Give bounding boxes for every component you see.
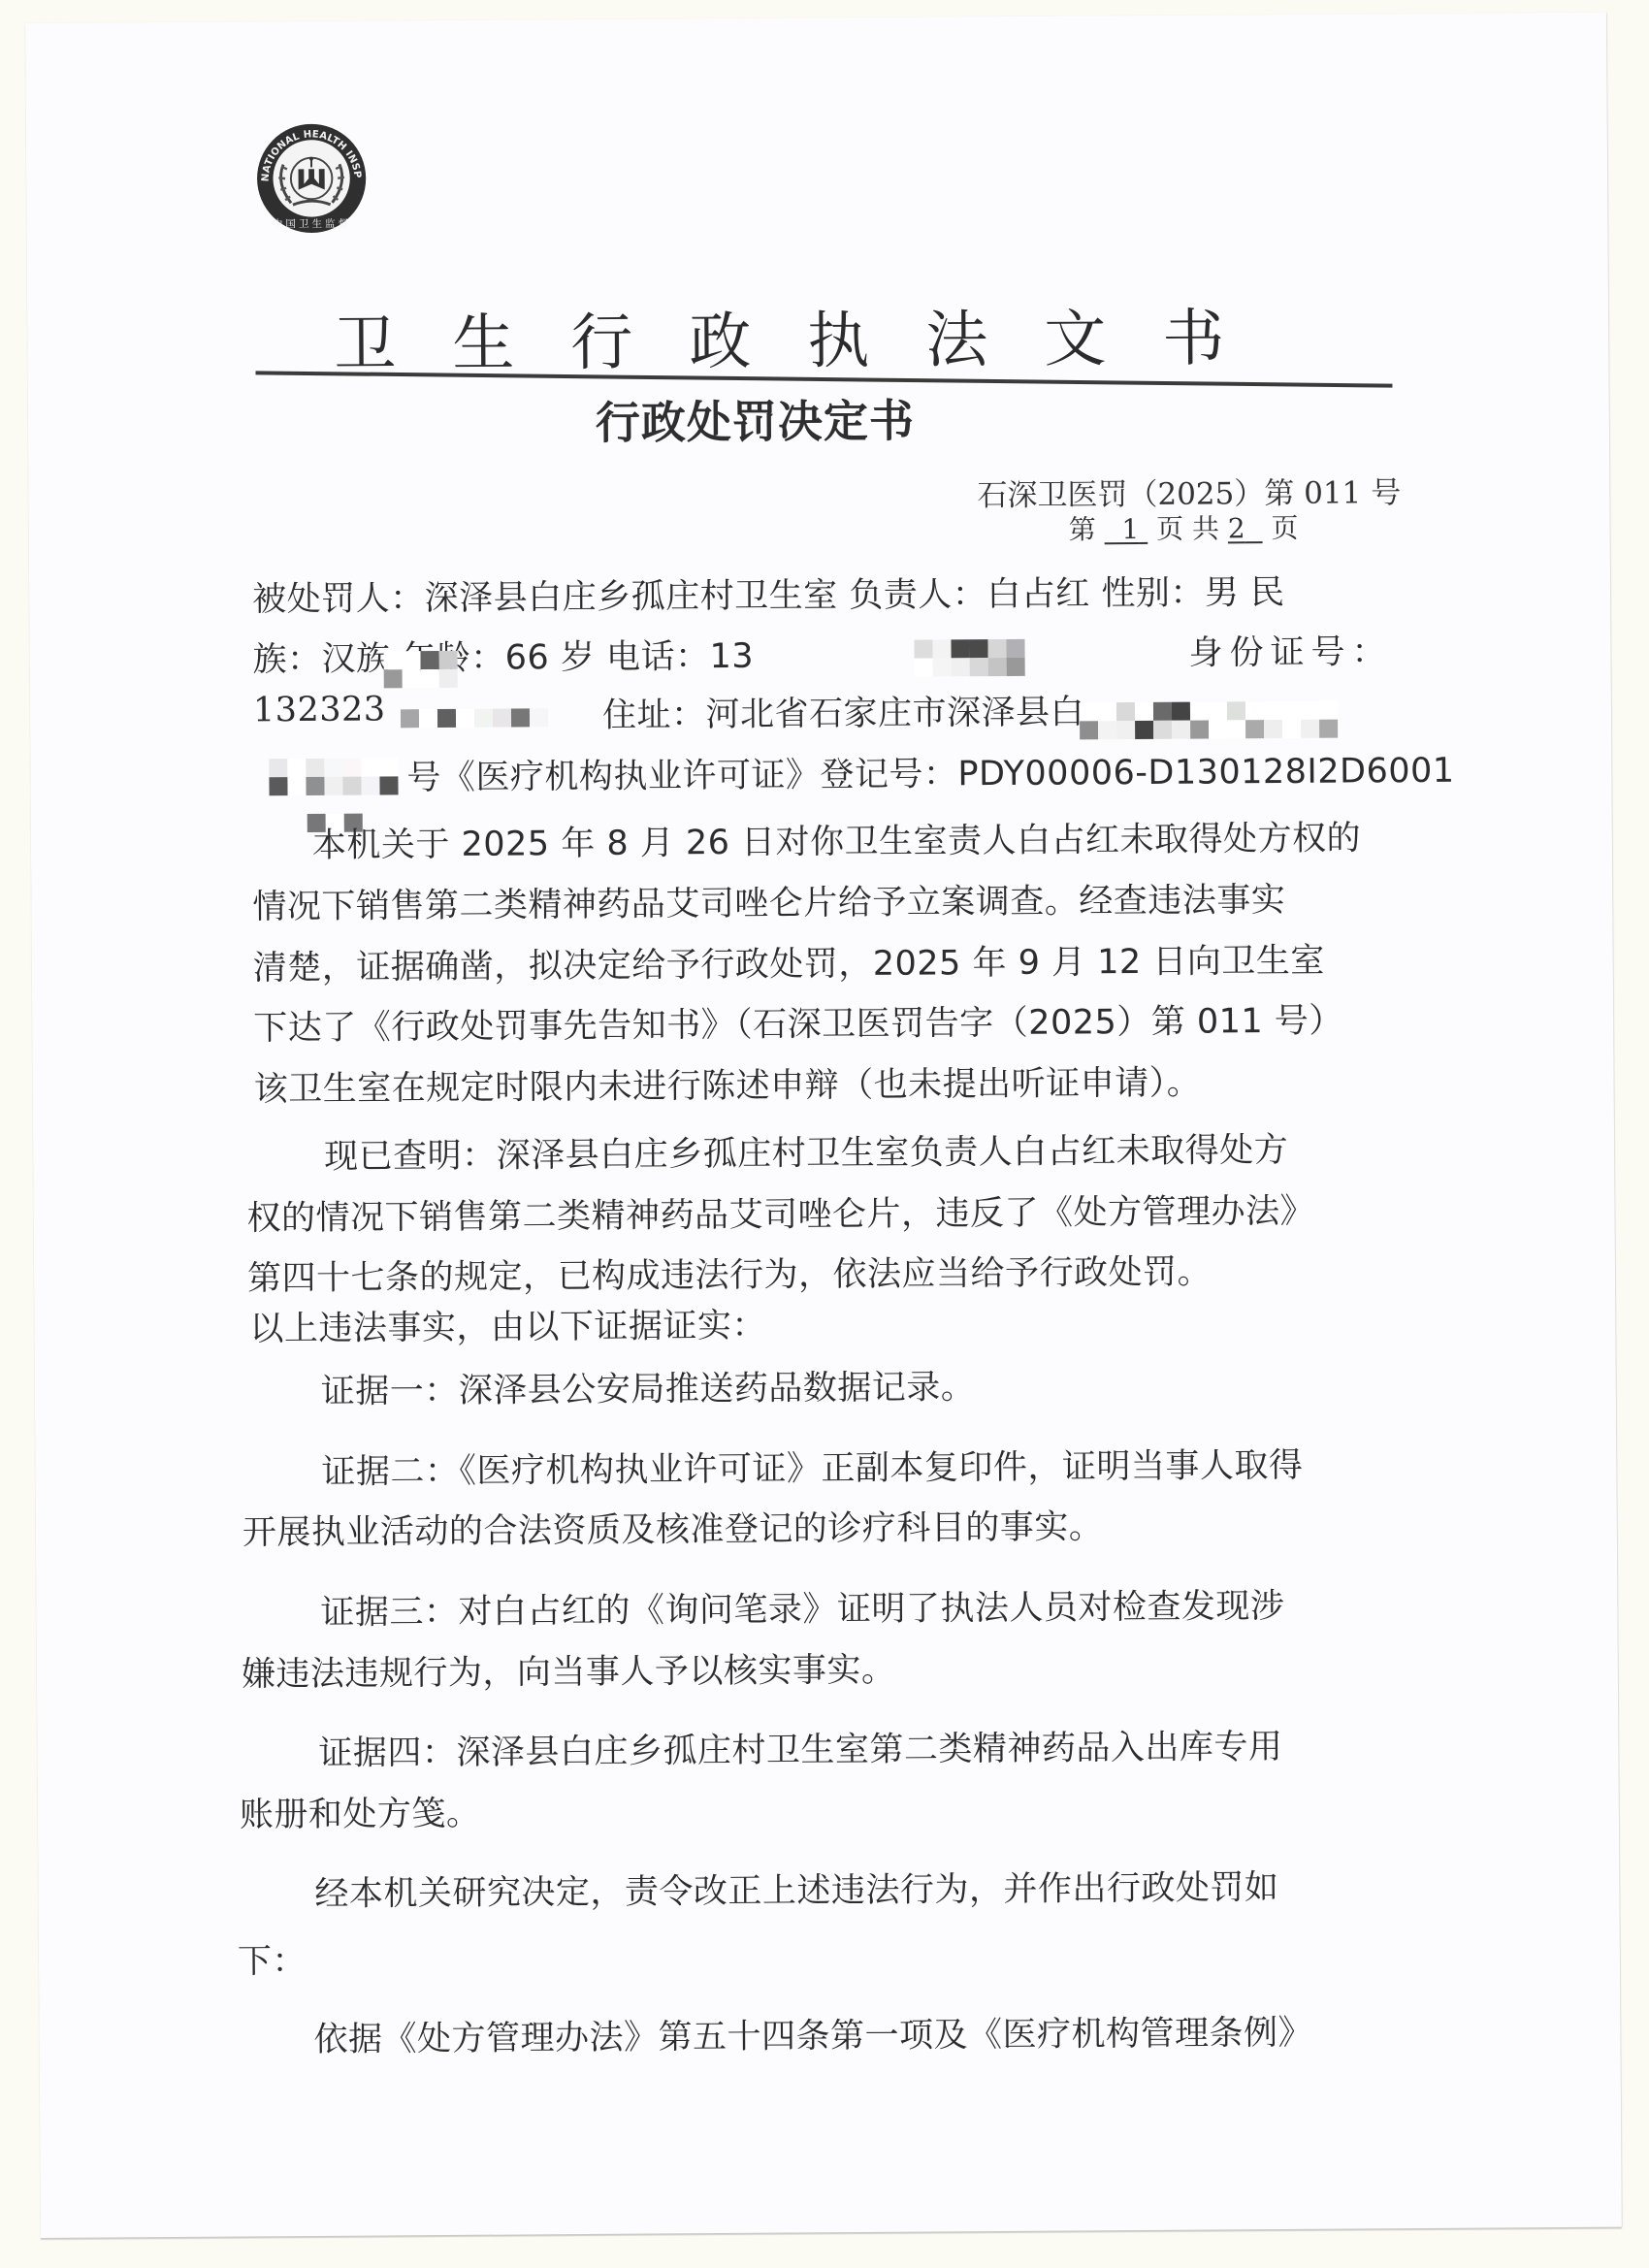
redaction-mosaic — [914, 639, 1024, 677]
page-total: 2 — [1228, 512, 1263, 544]
health-inspection-emblem-icon: CHINA NATIONAL HEALTH INSPECTION 中国卫生监督 — [255, 121, 369, 237]
evidence-4-line-2: 账册和处方笺。 — [240, 1787, 481, 1837]
finding-line: 第四十七条的规定，已构成违法行为，依法应当给予行政处罚。 — [247, 1245, 1212, 1300]
party-line-4: 号《医疗机构执业许可证》登记号：PDY00006-D130128I2D6001 — [406, 744, 1454, 800]
party-line-2-a: 族：汉族 年龄：66 岁 电话：13 — [252, 630, 754, 682]
decision-line: 经本机关研究决定，责令改正上述违法行为，并作出行政处罚如 — [314, 1861, 1278, 1916]
finding-line: 现已查明：深泽县白庄乡孤庄村卫生室负责人白占红未取得处方 — [324, 1123, 1288, 1179]
party-line-3-a: 132323 — [253, 690, 386, 729]
page-current: 1 — [1104, 513, 1148, 545]
intro-line: 清楚，证据确凿，拟决定给予行政处罚，2025 年 9 月 12 日向卫生室 — [253, 934, 1325, 990]
redaction-mosaic — [269, 758, 398, 795]
intro-line: 该卫生室在规定时限内未进行陈述申辩（也未提出听证申请）。 — [253, 1056, 1201, 1112]
page-prefix: 第 — [1069, 513, 1096, 545]
page-suffix: 页 — [1271, 512, 1298, 544]
intro-line: 本机关于 2025 年 8 月 26 日对你卫生室责人白占红未取得处方权的 — [312, 811, 1361, 867]
svg-text:中国卫生监督: 中国卫生监督 — [273, 217, 351, 231]
evidence-2-line-2: 开展执业活动的合法资质及核准登记的诊疗科目的事实。 — [242, 1500, 1104, 1554]
party-line-2-b: 身份证号： — [1188, 625, 1392, 674]
scanned-page: CHINA NATIONAL HEALTH INSPECTION 中国卫生监督 … — [25, 13, 1622, 2238]
redaction-mosaic — [1080, 701, 1338, 740]
evidence-3-line-2: 嫌违法违规行为，向当事人予以核实事实。 — [242, 1643, 896, 1697]
evidence-1: 证据一：深泽县公安局推送药品数据记录。 — [321, 1360, 976, 1413]
document-title: 行政处罚决定书 — [596, 386, 915, 452]
intro-line: 情况下销售第二类精神药品艾司唑仑片给予立案调查。经查违法事实 — [252, 873, 1285, 928]
page-indicator: 第 1 页 共 2 页 — [1069, 507, 1299, 548]
evidence-2-line-1: 证据二：《医疗机构执业许可证》正副本复印件，证明当事人取得 — [321, 1439, 1303, 1494]
basis-line: 依据《处方管理办法》第五十四条第一项及《医疗机构管理条例》 — [313, 2006, 1312, 2061]
party-line-3-b: 住址：河北省石家庄市深泽县白 — [602, 685, 1084, 736]
evidence-3-line-1: 证据三：对白占红的《询问笔录》证明了执法人员对检查发现涉 — [320, 1579, 1284, 1635]
series-title: 卫生行政执法文书 — [334, 288, 1281, 384]
page-middle: 页 共 — [1156, 512, 1219, 544]
intro-line: 下达了《行政处罚事先告知书》（石深卫医罚告字（2025）第 011 号） — [253, 994, 1343, 1051]
finding-line: 权的情况下销售第二类精神药品艾司唑仑片，违反了《处方管理办法》 — [246, 1184, 1314, 1241]
party-line-1: 被处罚人：深泽县白庄乡孤庄村卫生室 负责人：白占红 性别：男 民 — [252, 566, 1285, 621]
evidence-intro: 以上违法事实，由以下证据证实： — [249, 1299, 766, 1351]
decision-line: 下： — [238, 1934, 307, 1983]
evidence-4-line-1: 证据四：深泽县白庄乡孤庄村卫生室第二类精神药品入出库专用 — [318, 1720, 1282, 1775]
redaction-mosaic — [384, 651, 458, 689]
redaction-mosaic — [401, 708, 548, 728]
